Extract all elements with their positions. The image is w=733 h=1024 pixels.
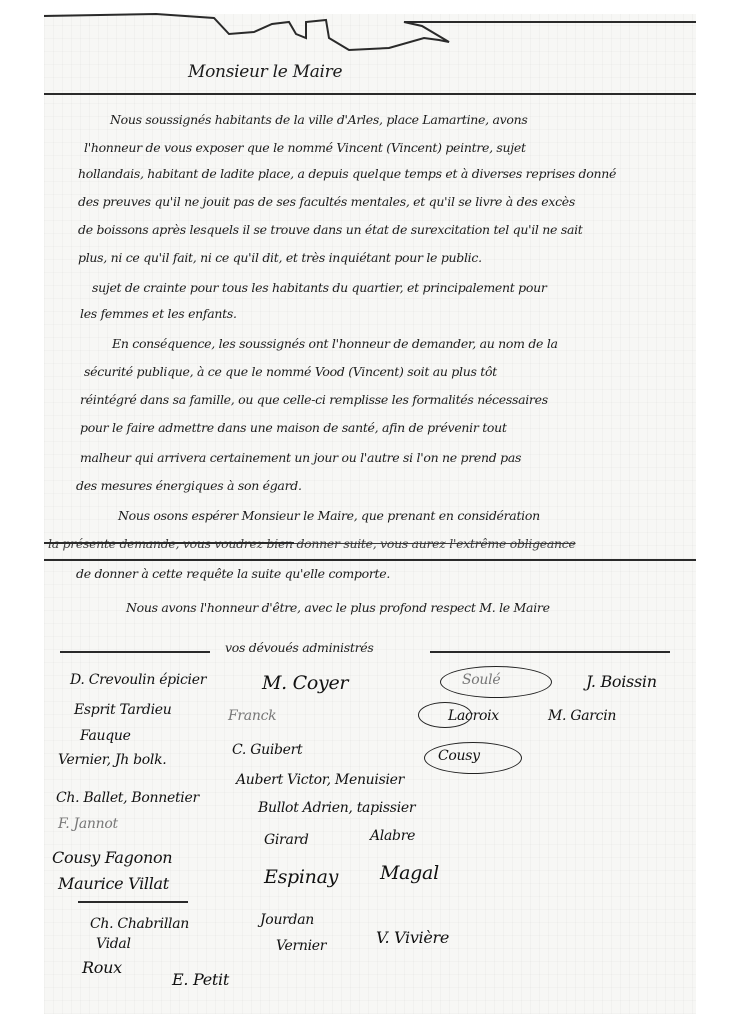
body-line: les femmes et les enfants. [80,306,237,321]
crossed-rule [44,542,294,544]
closing-rule-left [60,651,210,653]
signature: Bullot Adrien, tapissier [258,800,415,816]
body-line: pour le faire admettre dans une maison d… [80,420,507,435]
signature: Esprit Tardieu [74,702,171,718]
signature: J. Boissin [586,672,657,691]
body-line: des preuves qu'il ne jouit pas de ses fa… [78,194,575,209]
signature: Vidal [96,936,131,952]
signature: M. Coyer [262,672,348,694]
body-line: l'honneur de vous exposer que le nommé V… [84,140,526,155]
signature: Lacroix [448,708,499,724]
signature: Aubert Victor, Menuisier [236,772,404,788]
signature: Fauque [80,728,131,744]
signature: Soulé [462,672,500,688]
section-rule [44,559,696,561]
signature: Jourdan [260,912,314,928]
closing-line: Nous avons l'honneur d'être, avec le plu… [126,600,550,615]
body-line: de boissons après lesquels il se trouve … [78,222,583,237]
signature: D. Crevoulin épicier [70,672,206,688]
signature: Vernier, Jh bolk. [58,752,166,768]
body-line: hollandais, habitant de ladite place, a … [78,166,616,181]
signature: Espinay [264,866,338,888]
signature: Cousy Fagonon [52,848,172,867]
closing-rule-right [430,651,670,653]
signature: Cousy [438,748,480,764]
signature: Ch. Chabrillan [90,916,189,932]
signature: C. Guibert [232,742,302,758]
signature: Franck [228,708,276,724]
title-rule-bottom [44,93,696,95]
body-line: sécurité publique, à ce que le nommé Voo… [84,364,497,379]
signature: Maurice Villat [58,874,169,893]
torn-top-edge [44,10,696,65]
signature: Magal [380,862,439,884]
signature: Vernier [276,938,326,954]
body-line: des mesures énergiques à son égard. [76,478,302,493]
body-line: malheur qui arrivera certainement un jou… [80,450,521,465]
signature: V. Vivière [376,928,449,947]
signature: Roux [82,958,122,977]
body-line: sujet de crainte pour tous les habitants… [92,280,547,295]
body-line: réintégré dans sa famille, ou que celle-… [80,392,548,407]
body-line: plus, ni ce qu'il fait, ni ce qu'il dit,… [78,250,482,265]
signature-underline [78,901,188,903]
body-line: Nous soussignés habitants de la ville d'… [110,112,528,127]
body-line: de donner à cette requête la suite qu'el… [76,566,390,581]
signature: Ch. Ballet, Bonnetier [56,790,199,806]
signature: Girard [264,832,309,848]
signature: F. Jannot [58,816,118,832]
signature: M. Garcin [548,708,616,724]
body-line: Nous osons espérer Monsieur le Maire, qu… [118,508,540,523]
body-line: En conséquence, les soussignés ont l'hon… [112,336,558,351]
document-title: Monsieur le Maire [188,62,342,82]
struck-body-line: la présente demande, vous voudrez bien d… [48,536,576,551]
closing-signoff: vos dévoués administrés [225,640,373,655]
signature: Alabre [370,828,415,844]
signature: E. Petit [172,970,229,989]
